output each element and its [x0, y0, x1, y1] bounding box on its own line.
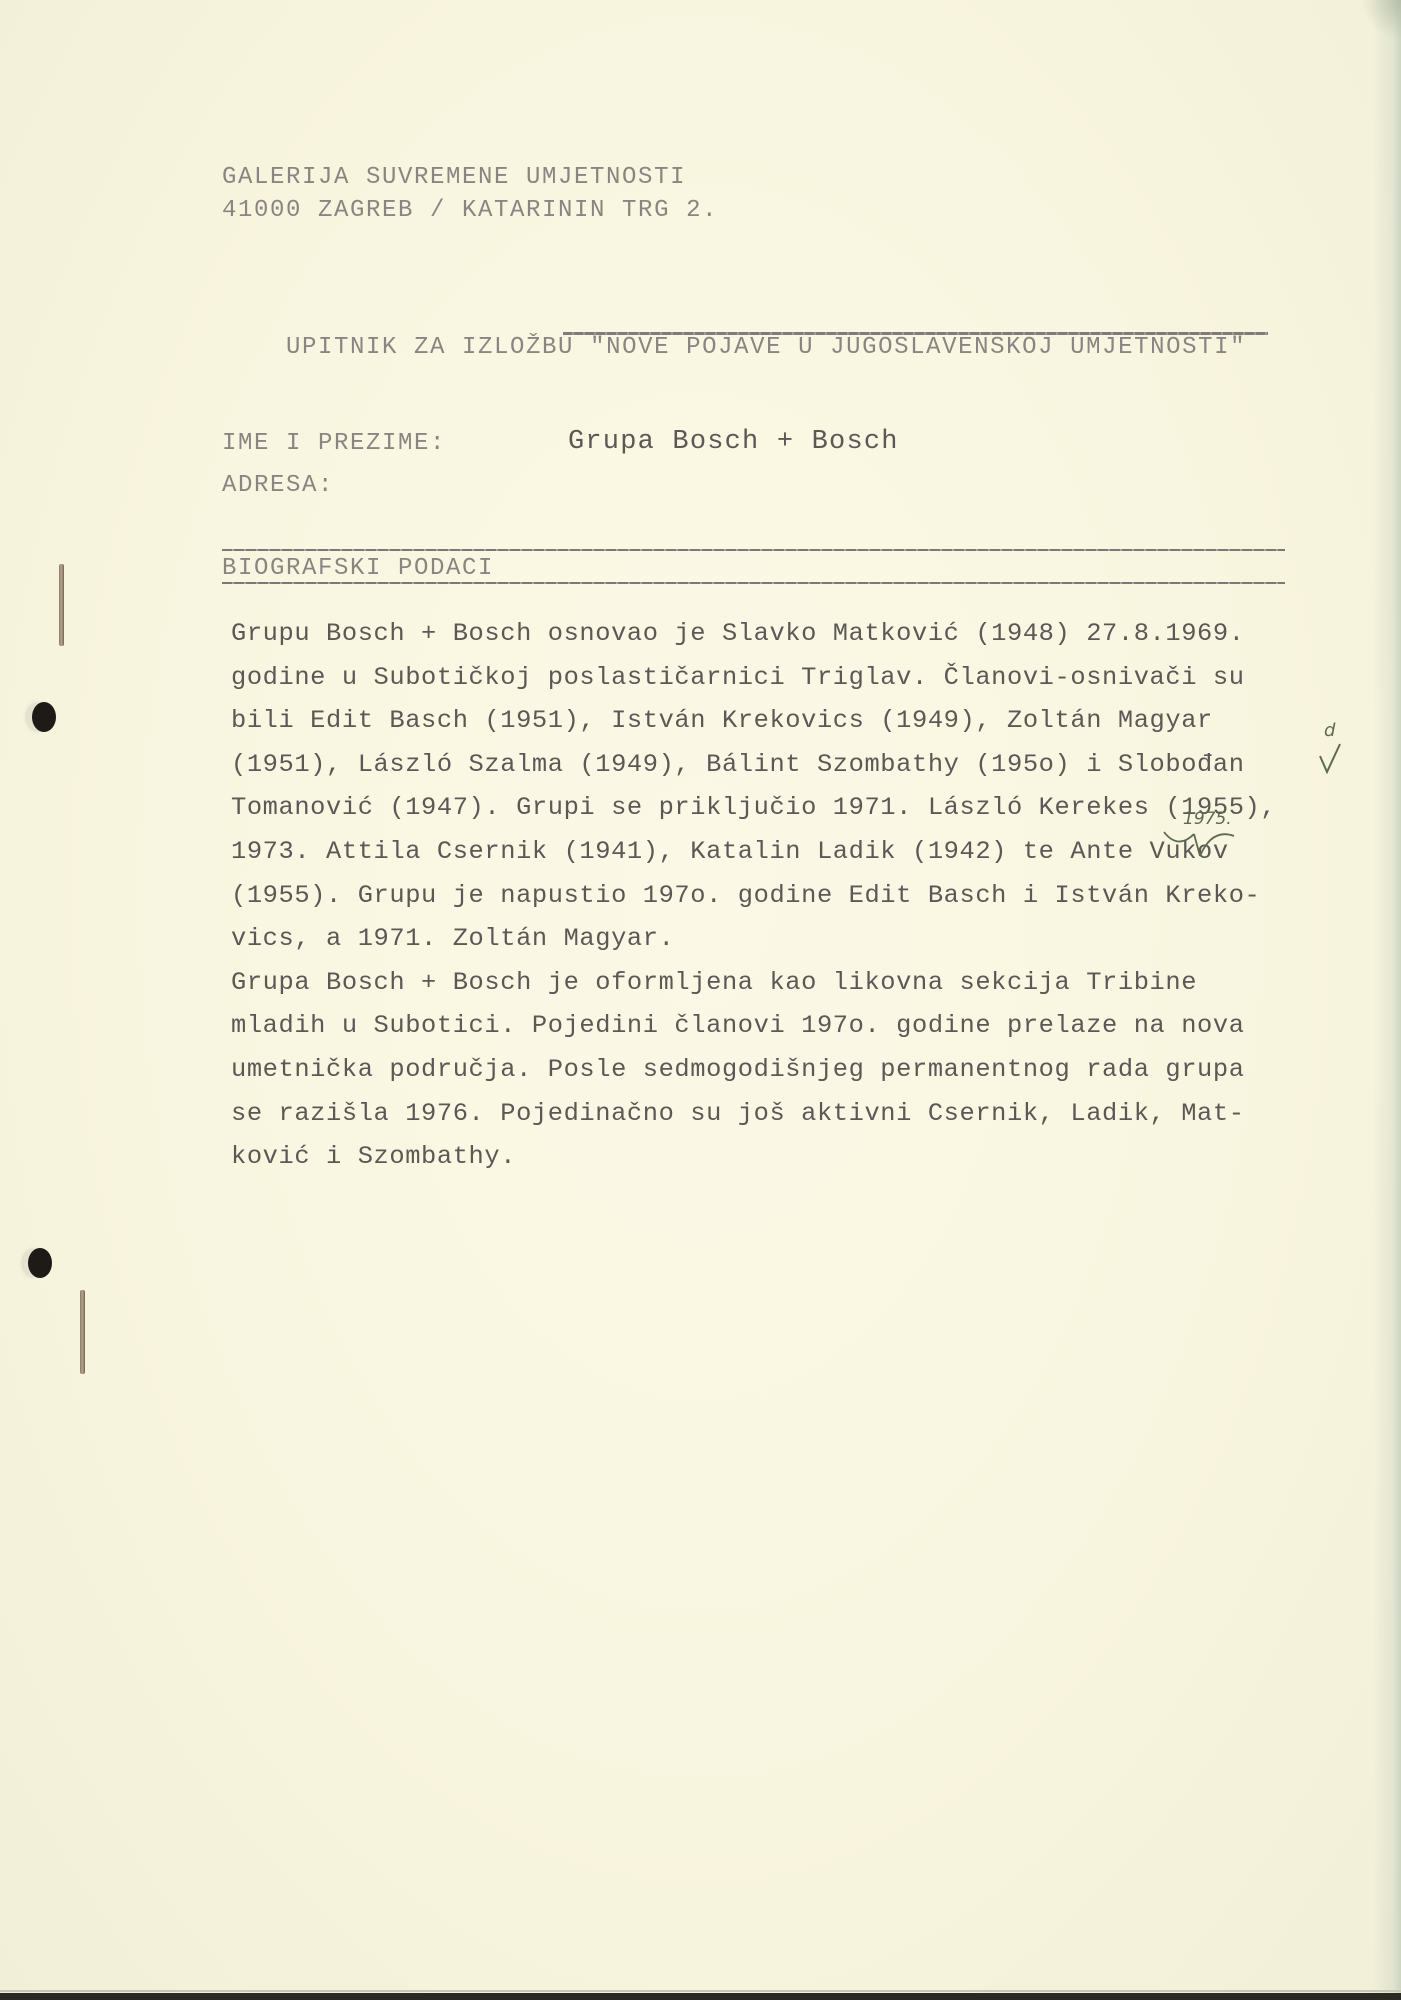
- exhibition-name: "NOVE POJAVE U JUGOSLAVENSKOJ UMJETNOSTI…: [590, 334, 1246, 361]
- scanner-border: [0, 1993, 1401, 2000]
- biography-line: bili Edit Basch (1951), István Krekovics…: [231, 699, 1381, 743]
- section-rule-top: [222, 549, 1285, 551]
- questionnaire-title: UPITNIK ZA IZLOŽBU "NOVE POJAVE U JUGOSL…: [222, 312, 1246, 384]
- handwritten-checkmark: [1318, 742, 1342, 776]
- biography-line: ković i Szombathy.: [231, 1135, 1381, 1179]
- biography-line: Grupa Bosch + Bosch je oformljena kao li…: [231, 961, 1381, 1005]
- biography-line: (1955). Grupu je napustio 197o. godine E…: [231, 874, 1381, 918]
- biography-line: se razišla 1976. Pojedinačno su još akti…: [231, 1092, 1381, 1136]
- punch-hole-top: [32, 702, 56, 732]
- title-prefix: UPITNIK ZA IZLOŽBU: [286, 334, 590, 361]
- name-label: IME I PREZIME:: [222, 432, 446, 456]
- document-page: GALERIJA SUVREMENE UMJETNOSTI 41000 ZAGR…: [0, 0, 1401, 1993]
- biography-line: Grupu Bosch + Bosch osnovao je Slavko Ma…: [231, 612, 1381, 656]
- biography-line: vics, a 1971. Zoltán Magyar.: [231, 917, 1381, 961]
- name-value: Grupa Bosch + Bosch: [568, 429, 899, 456]
- section-heading: BIOGRAFSKI PODACI: [222, 557, 494, 581]
- address-label: ADRESA:: [222, 474, 334, 498]
- punch-hole-bottom: [28, 1248, 52, 1278]
- letterhead-address: 41000 ZAGREB / KATARININ TRG 2.: [222, 199, 718, 223]
- biography-line: umetnička područja. Posle sedmogodišnjeg…: [231, 1048, 1381, 1092]
- biography-text: Grupu Bosch + Bosch osnovao je Slavko Ma…: [231, 612, 1381, 1179]
- section-rule-bottom: [222, 582, 1285, 584]
- letterhead-institution: GALERIJA SUVREMENE UMJETNOSTI: [222, 166, 686, 190]
- biography-line: (1951), László Szalma (1949), Bálint Szo…: [231, 743, 1381, 787]
- staple-bottom: [80, 1290, 85, 1374]
- exhibition-underline: [563, 332, 1268, 335]
- paper-bottom-edge: [0, 1990, 1401, 1992]
- biography-line: godine u Subotičkoj poslastičarnici Trig…: [231, 656, 1381, 700]
- biography-line: mladih u Subotici. Pojedini članovi 197o…: [231, 1004, 1381, 1048]
- paper-corner-stain: [1361, 0, 1401, 40]
- handwritten-insertion-caret: [1160, 822, 1240, 860]
- handwritten-correction-d: d: [1324, 722, 1335, 740]
- staple-top: [59, 564, 64, 646]
